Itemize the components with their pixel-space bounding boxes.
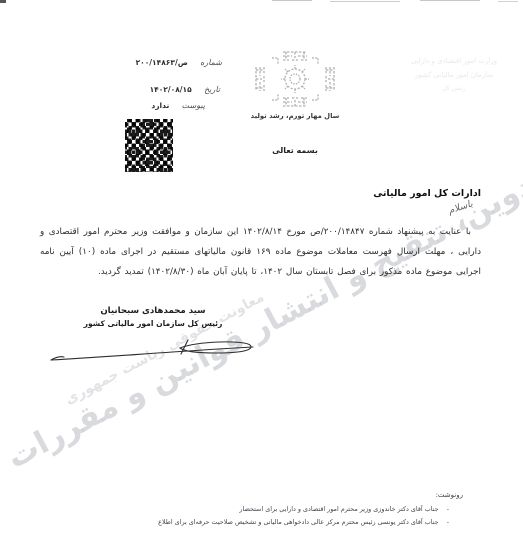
scan-artifact	[272, 0, 312, 1]
signature-block: سید محمدهادی سبحانیان رئیس کل سازمان امو…	[48, 306, 258, 328]
ministry-letterhead: وزارت امور اقتصادی و دارایی سازمان امور …	[399, 54, 509, 96]
organization-name: سازمان امور مالیاتی کشور	[399, 68, 509, 82]
signatory-name: سید محمدهادی سبحانیان	[48, 306, 258, 316]
cc-item: جناب آقای دکتر خاندوزی وزیر محترم امور ا…	[158, 503, 449, 516]
letter-page: وزارت امور اقتصادی و دارایی سازمان امور …	[0, 0, 523, 559]
cc-list: جناب آقای دکتر خاندوزی وزیر محترم امور ا…	[158, 503, 449, 529]
handwritten-greeting: باسلام	[447, 198, 474, 216]
attachment-row: پیوست ندارد	[147, 101, 205, 110]
letter-date-value: ۱۴۰۲/۰۸/۱۵	[150, 85, 192, 94]
cc-label: رونوشت:	[436, 491, 463, 499]
letter-number-value: ۲۰۰/۱۴۸۶۳/ص	[136, 58, 188, 67]
cc-item: جناب آقای دکتر یونسی رئیس محترم مرکز عال…	[158, 516, 449, 529]
office-name: رئیس کل	[399, 82, 509, 96]
year-slogan: سال مهار تورم، رشد تولید	[230, 112, 360, 120]
letter-date-label: تاریخ	[204, 85, 220, 94]
letter-number-row: شماره ۲۰۰/۱۴۸۶۳/ص	[132, 58, 222, 67]
scan-artifact	[420, 0, 480, 1]
calligraphic-seal-emblem	[252, 50, 338, 108]
scan-artifact	[498, 1, 518, 2]
scan-artifact	[0, 0, 6, 3]
watermark-primary: معاونت تدوین، تنقیح و انتشار قوانین و مق…	[1, 103, 523, 476]
letter-date-row: تاریخ ۱۴۰۲/۰۸/۱۵	[146, 85, 220, 94]
besmele: بسمه تعالی	[245, 146, 345, 155]
letter-body: با عنایت به پیشنهاد شماره ۲۰۰/۱۴۸۴۷/ص مو…	[40, 222, 481, 282]
signatory-title: رئیس کل سازمان امور مالیاتی کشور	[48, 319, 258, 328]
qr-code	[125, 119, 173, 172]
letter-number-label: شماره	[200, 58, 222, 67]
handwritten-signature	[48, 334, 258, 368]
attachment-label: پیوست	[182, 101, 205, 110]
ministry-name: وزارت امور اقتصادی و دارایی	[399, 54, 509, 68]
scan-artifact	[330, 1, 400, 2]
attachment-value: ندارد	[151, 101, 169, 110]
recipient-heading: ادارات کل امور مالیاتی	[373, 188, 481, 199]
